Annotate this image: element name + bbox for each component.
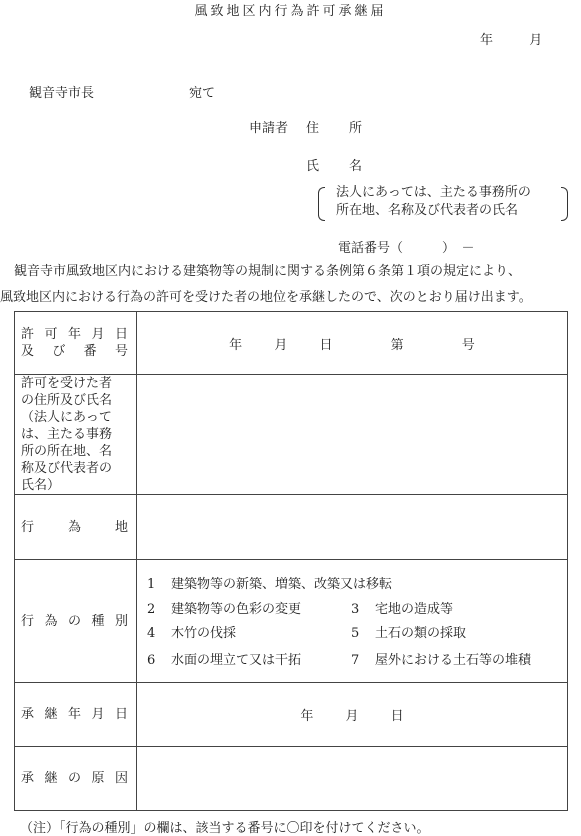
succession-date-value[interactable]: 年 月 日 xyxy=(137,683,568,747)
action-type-option-5-text: 土石の類の採取 xyxy=(375,622,466,646)
action-type-option-6-text: 水面の埋立て又は干拓 xyxy=(171,646,351,676)
address-label-1: 住 xyxy=(306,117,319,136)
corp-note-line1: 法人にあっては、主たる事務所の xyxy=(336,184,531,202)
succession-reason-label: 承 継 の 原 因 xyxy=(15,747,137,811)
succession-reason-value[interactable] xyxy=(137,747,568,811)
addressee: 観音寺市長 xyxy=(29,82,94,101)
intro-line2: 風致地区内における行為の許可を受けた者の地位を承継したので、次のとおり届け出ます… xyxy=(0,285,581,311)
action-type-option-7-num[interactable]: 7 xyxy=(351,646,375,676)
action-type-option-5-num[interactable]: 5 xyxy=(351,622,375,646)
form-table: 許 可 年 月 日 及 び 番 号 年 月 日 第 号 許可を受けた者 の住所及… xyxy=(14,311,568,811)
action-type-label: 行 為 の 種 別 xyxy=(15,560,137,683)
action-site-value[interactable] xyxy=(137,495,568,560)
table-row-permit-date: 許 可 年 月 日 及 び 番 号 年 月 日 第 号 xyxy=(15,312,568,375)
corp-note-line2: 所在地、名称及び代表者の氏名 xyxy=(336,202,531,220)
action-site-label: 行 為 地 xyxy=(15,495,137,560)
action-type-option-3-text: 宅地の造成等 xyxy=(375,598,453,622)
action-type-option-4-num[interactable]: 4 xyxy=(147,622,171,646)
table-row-action-site: 行 為 地 xyxy=(15,495,568,560)
table-row-succession-date: 承 継 年 月 日 年 月 日 xyxy=(15,683,568,747)
action-type-option-6-num[interactable]: 6 xyxy=(147,646,171,676)
intro-paragraph: 観音寺市風致地区内における建築物等の規制に関する条例第６条第１項の規定により、 … xyxy=(0,259,581,311)
action-type-option-1[interactable]: 1 建築物等の新築、増築、改築又は移転 xyxy=(147,572,567,598)
table-row-action-type: 行 為 の 種 別 1 建築物等の新築、増築、改築又は移転 2 建築物等の色彩の… xyxy=(15,560,568,683)
corporation-note: 法人にあっては、主たる事務所の 所在地、名称及び代表者の氏名 xyxy=(318,184,531,220)
form-title: 風致地区内行為許可承継届 xyxy=(0,0,581,19)
month-label: 月 xyxy=(529,29,542,48)
action-type-option-2-num[interactable]: 2 xyxy=(147,598,171,622)
action-type-option-4-text: 木竹の伐採 xyxy=(171,622,351,646)
year-label: 年 xyxy=(480,29,493,48)
addressee-suffix: 宛て xyxy=(189,82,215,101)
action-type-option-3-num[interactable]: 3 xyxy=(351,598,375,622)
permit-holder-value[interactable] xyxy=(137,375,568,495)
submission-date[interactable]: 年 月 日 xyxy=(480,29,581,48)
intro-line1: 観音寺市風致地区内における建築物等の規制に関する条例第６条第１項の規定により、 xyxy=(0,259,581,285)
succession-date-label: 承 継 年 月 日 xyxy=(15,683,137,747)
right-bracket-icon xyxy=(561,187,568,221)
permit-holder-label: 許可を受けた者 の住所及び氏名 （法人にあって は、主たる事務 所の所在地、名 … xyxy=(15,375,137,495)
permit-date-value[interactable]: 年 月 日 第 号 xyxy=(137,312,568,375)
name-label-1: 氏 xyxy=(306,155,319,174)
address-label-2: 所 xyxy=(349,117,362,136)
applicant-label: 申請者 xyxy=(249,117,288,136)
action-type-option-7-text: 屋外における土石等の堆積 xyxy=(375,646,531,676)
permit-date-label: 許 可 年 月 日 及 び 番 号 xyxy=(15,312,137,375)
table-row-succession-reason: 承 継 の 原 因 xyxy=(15,747,568,811)
phone-number-field[interactable]: 電話番号（ ） － xyxy=(338,237,475,256)
action-type-options: 1 建築物等の新築、増築、改築又は移転 2 建築物等の色彩の変更 3 宅地の造成… xyxy=(137,560,568,683)
left-bracket-icon xyxy=(318,187,325,221)
name-label-2: 名 xyxy=(349,155,362,174)
footnote: （注）「行為の種別」の欄は、該当する番号に〇印を付けてください。 xyxy=(20,817,430,836)
table-row-permit-holder: 許可を受けた者 の住所及び氏名 （法人にあって は、主たる事務 所の所在地、名 … xyxy=(15,375,568,495)
action-type-option-2-text: 建築物等の色彩の変更 xyxy=(171,598,351,622)
